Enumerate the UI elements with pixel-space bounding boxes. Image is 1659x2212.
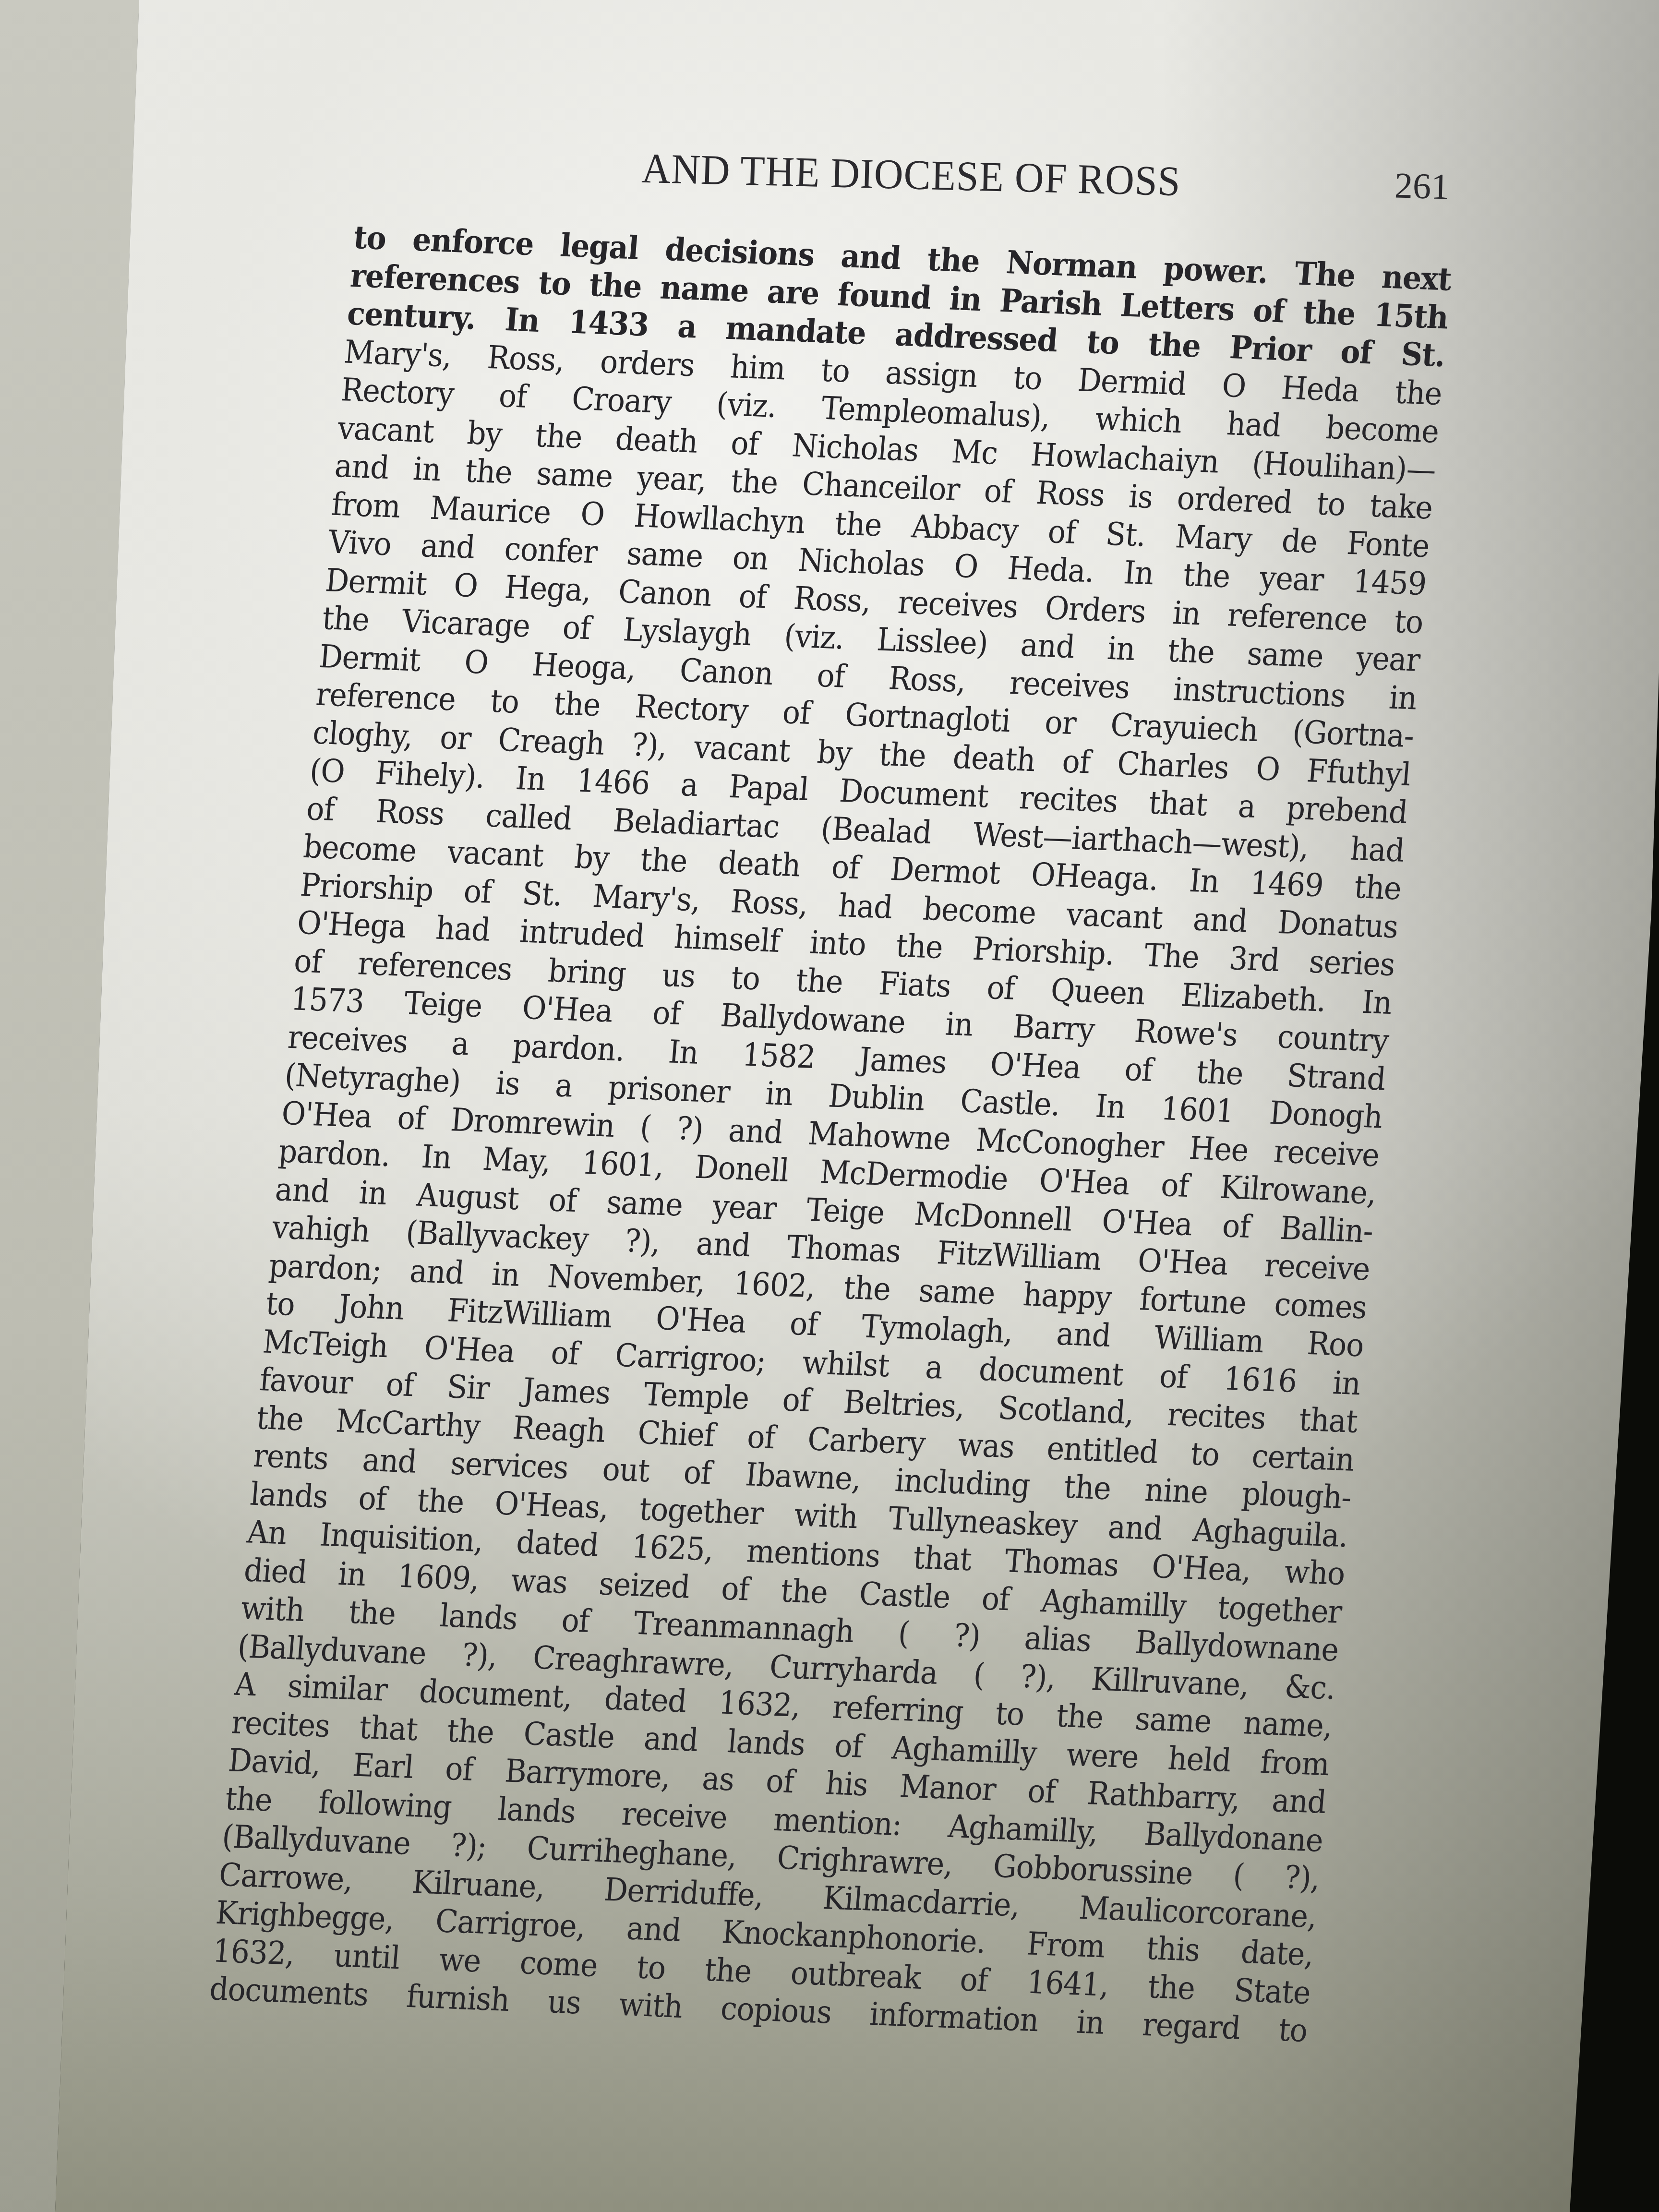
page-number: 261: [1394, 165, 1450, 208]
page-content: AND THE DIOCESE OF ROSS 261 to enforce l…: [0, 0, 1659, 2212]
body-text: to enforce legal decisions and the Norma…: [208, 218, 1454, 2050]
running-head: AND THE DIOCESE OF ROSS: [641, 144, 1181, 206]
